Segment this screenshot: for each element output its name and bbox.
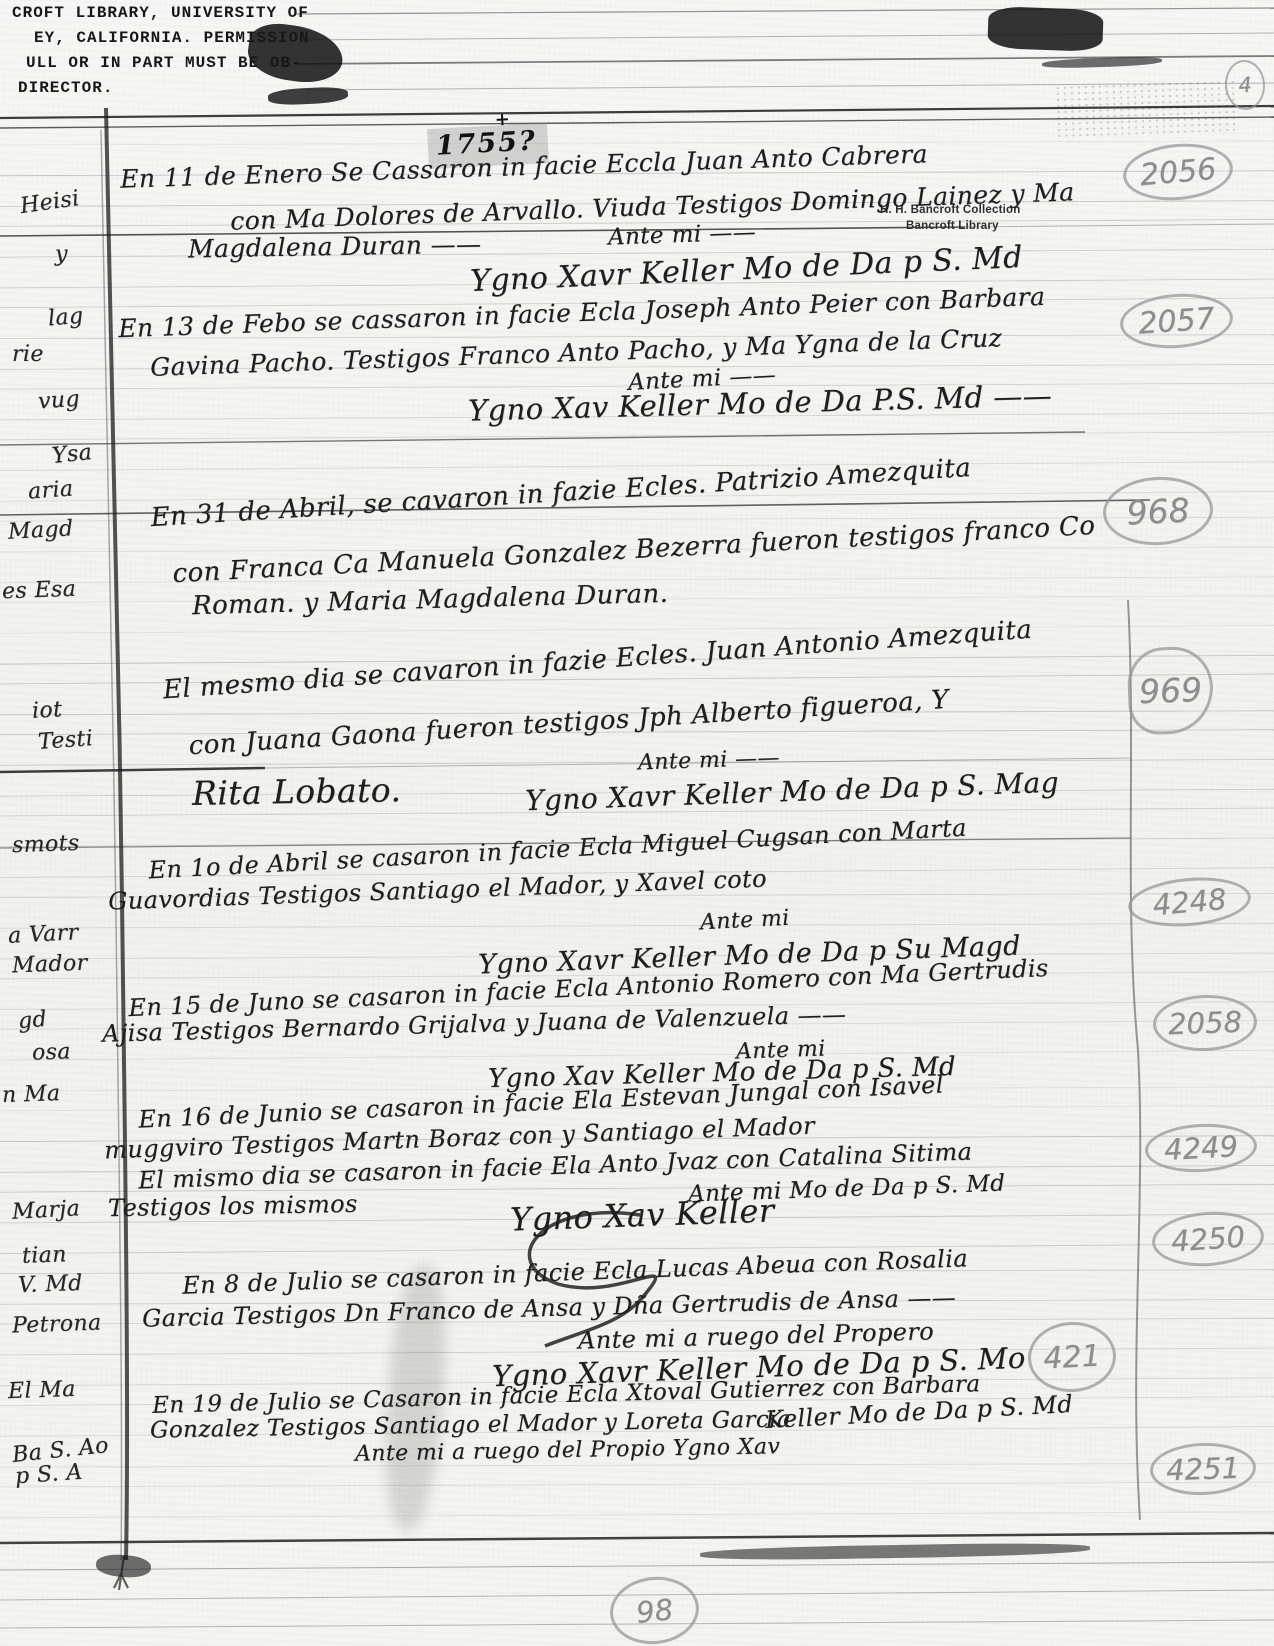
- stamp-line: ULL OR IN PART MUST BE OB-: [26, 54, 310, 79]
- margin-number-2057-label: 2057: [1137, 301, 1216, 341]
- margin-fragment: osa: [32, 1039, 72, 1065]
- margin-fragment: aria: [27, 476, 74, 504]
- margin-fragment: Ysa: [51, 440, 94, 469]
- margin-fragment: V. Md: [18, 1271, 83, 1298]
- record-4248-ante-mi: Ante mi: [699, 906, 790, 936]
- record-969-witness-name: Rita Lobato.: [192, 770, 402, 813]
- margin-fragment: Marja: [11, 1196, 80, 1225]
- margin-fragment: Testi: [37, 726, 94, 755]
- stamp-line: EY, CALIFORNIA. PERMISSION: [34, 29, 310, 54]
- margin-fragment: a Varr: [7, 920, 79, 949]
- scan-speckle-band: [1054, 79, 1236, 137]
- margin-fragment: p S. A: [14, 1460, 83, 1490]
- margin-number-421-label: 421: [1042, 1338, 1101, 1376]
- record-969-ante-mi: Ante mi ——: [638, 746, 781, 776]
- margin-number-969-label: 969: [1138, 670, 1202, 711]
- stamp-line: DIRECTOR.: [18, 79, 310, 104]
- margin-fragment: lag: [47, 304, 84, 332]
- margin-fragment: Petrona: [12, 1310, 102, 1338]
- margin-fragment: gd: [17, 1007, 48, 1034]
- margin-fragment: rie: [12, 342, 44, 367]
- paper-edge-line: [1128, 600, 1140, 1520]
- bancroft-library-stamp-line: Bancroft Library: [906, 220, 999, 232]
- margin-fragment: n Ma: [2, 1081, 61, 1108]
- margin-number-4248-label: 4248: [1151, 882, 1227, 922]
- margin-fragment: Magd: [7, 516, 74, 544]
- margin-number-2058-label: 2058: [1168, 1005, 1243, 1042]
- margin-fragment: smots: [12, 831, 80, 858]
- scanned-manuscript-page: CROFT LIBRARY, UNIVERSITY OF EY, CALIFOR…: [0, 0, 1274, 1646]
- margin-fragment: tian: [22, 1242, 68, 1269]
- library-permission-stamp: CROFT LIBRARY, UNIVERSITY OF EY, CALIFOR…: [12, 4, 310, 104]
- record-2056-line3: Magdalena Duran ——: [188, 229, 482, 263]
- margin-number-4250-label: 4250: [1170, 1219, 1246, 1258]
- margin-number-4251-label: 4251: [1166, 1451, 1241, 1488]
- margin-fragment: iot: [31, 697, 63, 724]
- margin-fragment: El Ma: [8, 1377, 77, 1404]
- margin-number-968-label: 968: [1126, 490, 1191, 532]
- ink-blot: [987, 6, 1103, 52]
- page-number-bottom-label: 98: [634, 1592, 674, 1630]
- margin-fragment: es Esa: [2, 577, 77, 605]
- margin-number-4249-label: 4249: [1163, 1129, 1238, 1167]
- record-2056-ante-mi: Ante mi ——: [608, 219, 757, 250]
- record-4250-line2: Testigos los mismos: [108, 1190, 358, 1222]
- margin-fragment: Mador: [12, 951, 88, 979]
- margin-number-2056-label: 2056: [1138, 151, 1217, 193]
- margin-fragment: vug: [37, 387, 81, 415]
- stamp-line: CROFT LIBRARY, UNIVERSITY OF: [12, 4, 310, 29]
- margin-fragment: y: [55, 242, 68, 267]
- page-number-top-label: 4: [1237, 73, 1252, 98]
